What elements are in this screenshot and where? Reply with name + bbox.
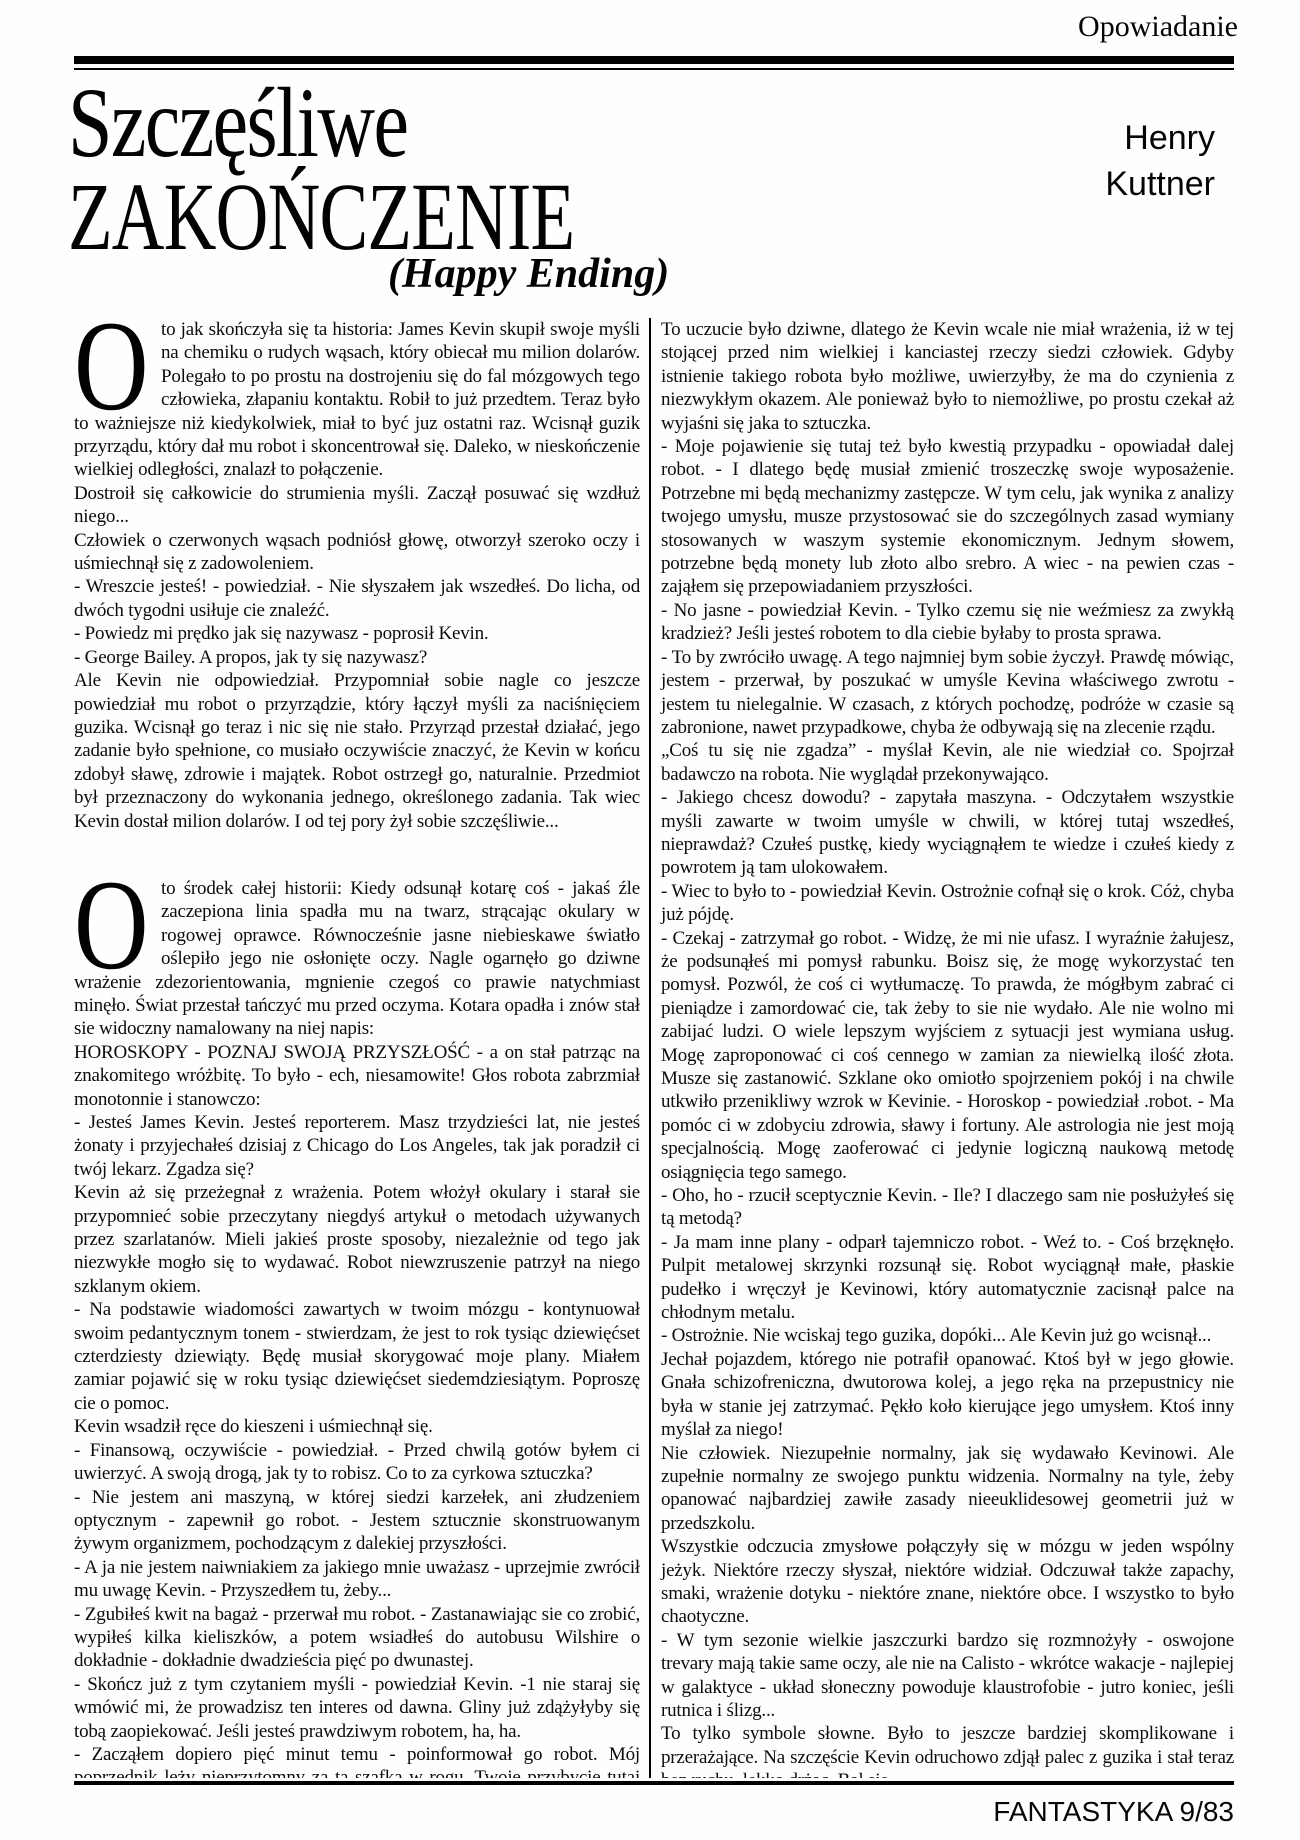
top-rule-thick [74, 56, 1234, 64]
title-subtitle: (Happy Ending) [388, 250, 669, 298]
story-paragraph: Jechał pojazdem, którego nie potrafił op… [661, 1348, 1234, 1442]
title-line-1: Szczęśliwe [68, 74, 601, 172]
category-label: Opowiadanie [1078, 10, 1238, 43]
story-paragraph: To uczucie było dziwne, dlatego że Kevin… [661, 318, 1234, 435]
bottom-rule [74, 1781, 1234, 1785]
story-paragraph: HOROSKOPY - POZNAJ SWOJĄ PRZYSZŁOŚĆ - a … [74, 1041, 640, 1111]
story-paragraph: Nie człowiek. Niezupełnie normalny, jak … [661, 1442, 1234, 1536]
story-paragraph: - Ja mam inne plany - odparł tajemniczo … [661, 1231, 1234, 1325]
story-body: Oto jak skończyła się ta historia: James… [74, 318, 1234, 1778]
story-paragraph: - Jesteś James Kevin. Jesteś reporterem.… [74, 1111, 640, 1181]
story-paragraph: - Powiedz mi prędko jak się nazywasz - p… [74, 622, 640, 645]
story-paragraph: Dostroił się całkowicie do strumienia my… [74, 482, 640, 529]
story-paragraph: - To by zwróciło uwagę. A tego najmniej … [661, 646, 1234, 740]
story-paragraph: „Coś tu się nie zgadza” - myślał Kevin, … [661, 739, 1234, 786]
story-paragraph: - W tym sezonie wielkie jaszczurki bardz… [661, 1629, 1234, 1723]
story-paragraph: Wszystkie odczucia zmysłowe połączyły si… [661, 1535, 1234, 1629]
magazine-footer: FANTASTYKA 9/83 [993, 1796, 1234, 1828]
story-paragraph-dropcap: Oto jak skończyła się ta historia: James… [74, 318, 640, 482]
title-line-2: ZAKOŃCZENIE [68, 172, 574, 262]
drop-cap: O [74, 318, 136, 411]
story-paragraph: - Moje pojawienie się tutaj też było kwe… [661, 435, 1234, 599]
story-paragraph: Ale Kevin nie odpowiedział. Przypomniał … [74, 669, 640, 833]
story-paragraph: - George Bailey. A propos, jak ty się na… [74, 646, 640, 669]
story-paragraph: - Zacząłem dopiero pięć minut temu - poi… [74, 1743, 640, 1778]
story-paragraph: - Nie jestem ani maszyną, w której siedz… [74, 1486, 640, 1556]
story-paragraph: - Ostrożnie. Nie wciskaj tego guzika, do… [661, 1324, 1234, 1347]
author-first-name: Henry [1105, 116, 1215, 162]
story-title: Szczęśliwe ZAKOŃCZENIE [68, 74, 734, 262]
story-paragraph: - Wreszcie jesteś! - powiedział. - Nie s… [74, 575, 640, 622]
story-paragraph: - Zgubiłeś kwit na bagaż - przerwał mu r… [74, 1603, 640, 1673]
story-paragraph: - A ja nie jestem naiwniakiem za jakiego… [74, 1556, 640, 1603]
author-byline: Henry Kuttner [1105, 116, 1215, 208]
left-column: Oto jak skończyła się ta historia: James… [74, 318, 640, 1778]
story-paragraph: - Finansową, oczywiście - powiedział. - … [74, 1439, 640, 1486]
story-paragraph-dropcap: Oto środek całej historii: Kiedy odsunął… [74, 877, 640, 1041]
story-paragraph: To tylko symbole słowne. Było to jeszcze… [661, 1722, 1234, 1778]
column-divider [649, 318, 651, 1778]
right-column: To uczucie było dziwne, dlatego że Kevin… [661, 318, 1234, 1778]
magazine-page: Opowiadanie Szczęśliwe ZAKOŃCZENIE (Happ… [0, 0, 1300, 1840]
story-paragraph: - Skończ już z tym czytaniem myśli - pow… [74, 1673, 640, 1743]
drop-cap: O [74, 877, 136, 970]
story-paragraph: Kevin wsadził ręce do kieszeni i uśmiech… [74, 1415, 640, 1438]
story-paragraph: Kevin aż się przeżegnał z wrażenia. Pote… [74, 1181, 640, 1298]
story-paragraph: Człowiek o czerwonych wąsach podniósł gł… [74, 529, 640, 576]
story-paragraph: - No jasne - powiedział Kevin. - Tylko c… [661, 599, 1234, 646]
story-paragraph: - Na podstawie wiadomości zawartych w tw… [74, 1298, 640, 1415]
story-paragraph: - Czekaj - zatrzymał go robot. - Widzę, … [661, 927, 1234, 1184]
story-paragraph: - Jakiego chcesz dowodu? - zapytała masz… [661, 786, 1234, 880]
story-paragraph: - Wiec to było to - powiedział Kevin. Os… [661, 880, 1234, 927]
story-paragraph: - Oho, ho - rzucił sceptycznie Kevin. - … [661, 1184, 1234, 1231]
author-last-name: Kuttner [1105, 162, 1215, 208]
